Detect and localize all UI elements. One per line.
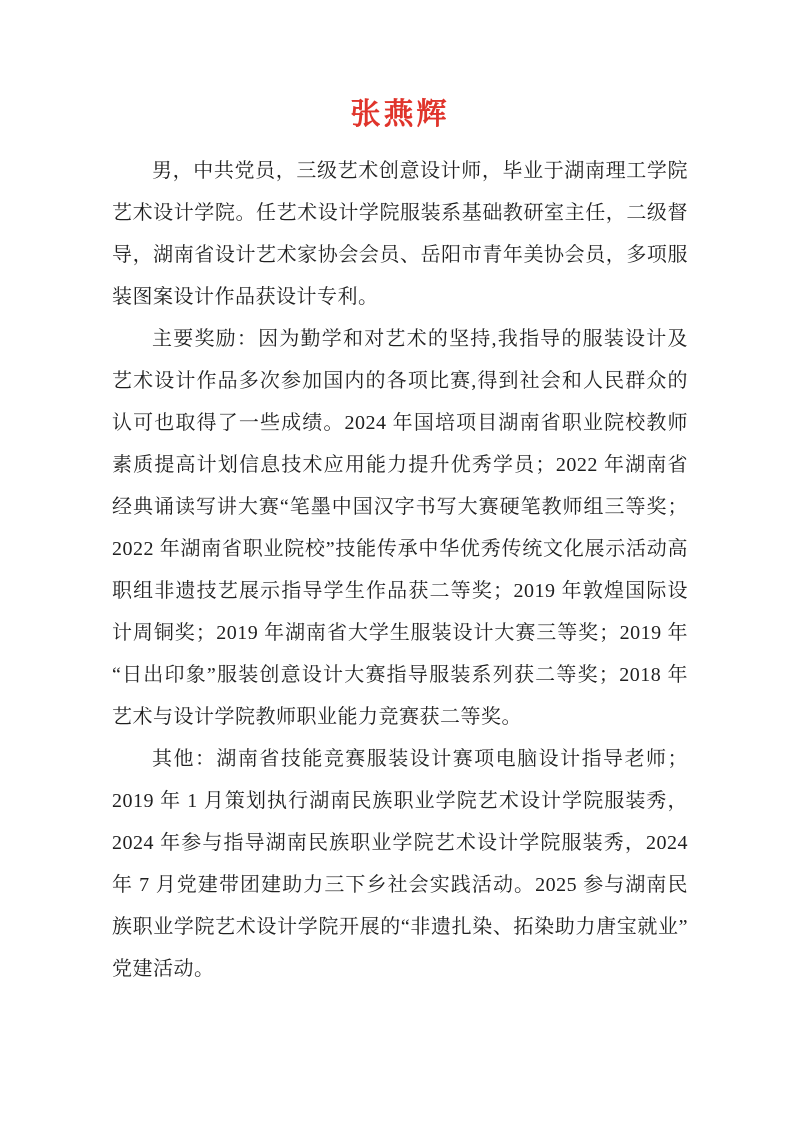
- bio-paragraph: 男，中共党员，三级艺术创意设计师，毕业于湖南理工学院艺术设计学院。任艺术设计学院…: [112, 150, 688, 318]
- document-page: 张燕辉 男，中共党员，三级艺术创意设计师，毕业于湖南理工学院艺术设计学院。任艺术…: [0, 0, 800, 1132]
- other-activities-paragraph: 其他：湖南省技能竞赛服装设计赛项电脑设计指导老师；2019 年 1 月策划执行湖…: [112, 738, 688, 990]
- page-title: 张燕辉: [112, 98, 688, 132]
- awards-paragraph: 主要奖励：因为勤学和对艺术的坚持,我指导的服装设计及艺术设计作品多次参加国内的各…: [112, 318, 688, 738]
